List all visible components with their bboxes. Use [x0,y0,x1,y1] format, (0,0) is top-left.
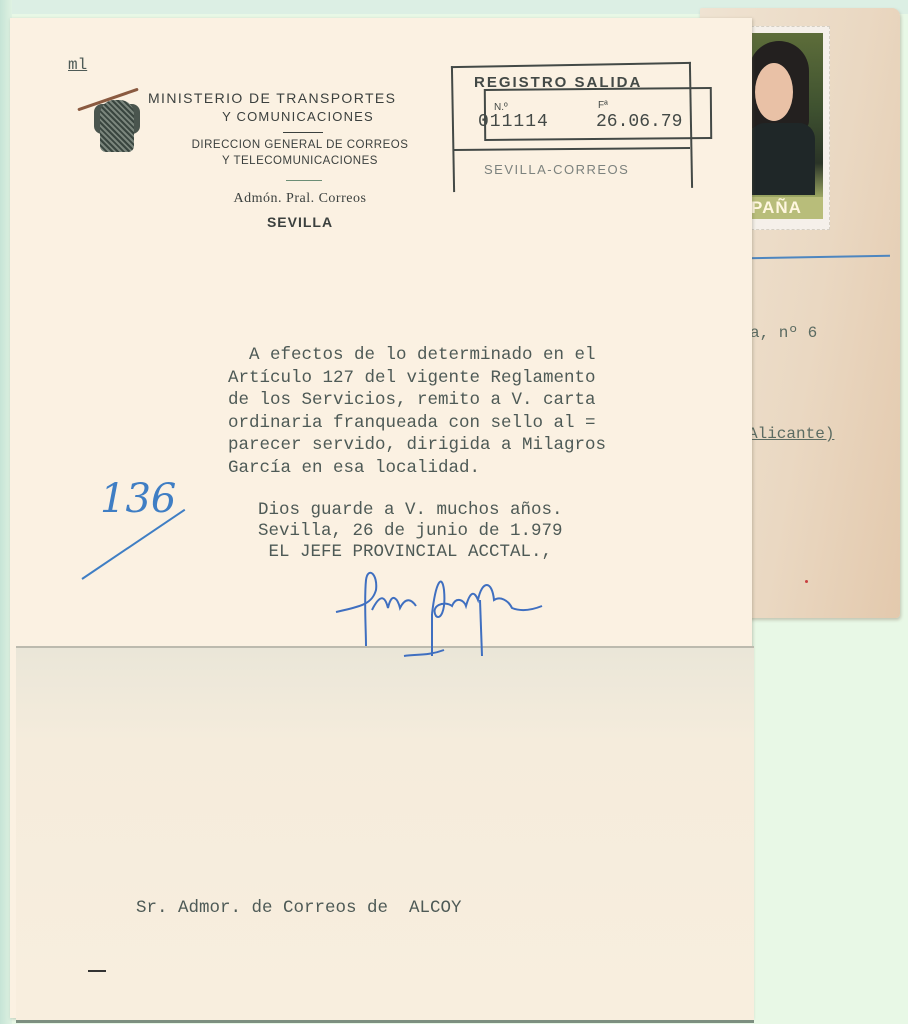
registry-stamp-title: REGISTRO SALIDA [474,74,642,91]
closing-line: Sevilla, 26 de junio de 1.979 [258,521,563,541]
envelope-address-line-1: a, nº 6 [750,324,817,342]
envelope-address-line-2: Alicante) [748,425,834,443]
stamp-portrait-dress [749,123,815,195]
letterhead-ministry-line-2: Y COMUNICACIONES [148,109,448,124]
letterhead-directorate-line-2: Y TELECOMUNICACIONES [148,155,452,167]
envelope-red-mark [805,580,808,583]
stamp-portrait-face [755,63,793,121]
letterhead-divider [283,132,323,133]
body-line: Artículo 127 del vigente Reglamento [228,368,596,388]
addressee: Sr. Admor. de Correos de ALCOY [136,898,462,918]
coat-of-arms-shield [100,100,134,152]
letter-sheet-folded-lower [16,646,754,1023]
registry-date: 26.06.79 [596,112,682,132]
letterhead-divider-2 [286,180,322,181]
body-line: de los Servicios, remito a V. carta [228,390,596,410]
handwritten-number: 136 [100,476,176,522]
letterhead-ministry-line-1: MINISTERIO DE TRANSPORTES [148,90,396,106]
body-line: A efectos de lo determinado en el [228,345,596,365]
body-line: ordinaria franqueada con sello al = [228,413,596,433]
stamp-country-label: PAÑA [749,197,823,219]
closing-line: EL JEFE PROVINCIAL ACCTAL., [258,542,552,562]
registry-office: SEVILLA-CORREOS [484,162,629,177]
postage-stamp: PAÑA [746,26,830,230]
stamp-portrait: PAÑA [749,33,823,219]
fold-dash-mark [88,970,106,972]
signature-icon [332,560,562,660]
letterhead-city: SEVILLA [148,214,452,230]
body-line: parecer servido, dirigida a Milagros [228,435,606,455]
letter-body: A efectos de lo determinado en el Artícu… [228,344,606,479]
registry-date-label: Fª [598,100,608,111]
letterhead-directorate-line-1: DIRECCION GENERAL DE CORREOS [148,139,452,151]
body-line: García en esa localidad. [228,458,480,478]
closing-line: Dios guarde a V. muchos años. [258,500,563,520]
letterhead-office: Admón. Pral. Correos [148,191,452,207]
registry-number: 011114 [478,112,549,132]
reference-initials: ml [68,56,87,74]
letter-closing: Dios guarde a V. muchos años. Sevilla, 2… [258,500,563,563]
